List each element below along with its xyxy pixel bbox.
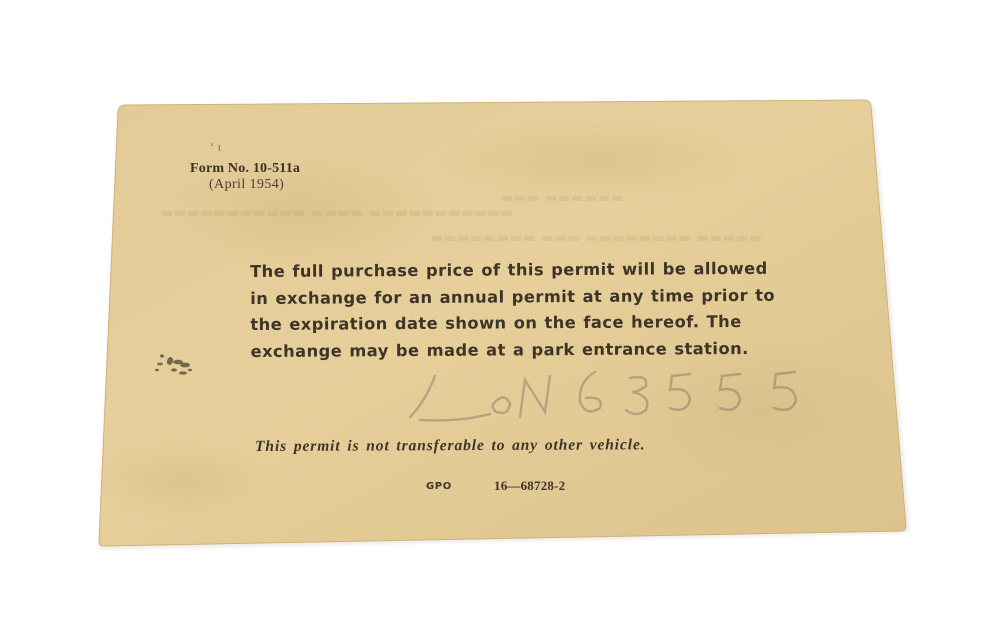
paragraph-line: The full purchase price of this permit w… [250,256,775,286]
show-through-text: ▬▬▬ ▬▬▬▬▬▬ [500,190,624,206]
pencil-handwriting-show-through [390,362,830,432]
printer-label: GPO [426,481,452,492]
form-date: (April 1954) [209,177,284,193]
show-through-text: ▬▬▬▬▬▬▬▬ ▬▬▬ ▬▬▬▬▬▬▬▬ ▬▬▬▬▬ [430,230,762,246]
pencil-tick-marks: ‘ ι [210,139,221,155]
show-through-text: ▬▬▬▬▬▬▬▬▬▬▬ ▬▬▬▬ ▬▬▬▬▬▬▬▬▬▬▬ [160,205,514,221]
non-transferable-notice: This permit is not transferable to any o… [255,436,646,456]
paragraph-line: exchange may be made at a park entrance … [250,335,775,365]
exchange-policy-paragraph: The full purchase price of this permit w… [250,256,775,365]
ink-smudge-mark [152,350,208,380]
photo-scene: ▬▬▬ ▬▬▬▬▬▬ ▬▬▬▬▬▬▬▬▬▬▬ ▬▬▬▬ ▬▬▬▬▬▬▬▬▬▬▬ … [0,0,1000,635]
print-code: 16—68728-2 [494,478,565,494]
paragraph-line: in exchange for an annual permit at any … [250,282,775,312]
paragraph-line: the expiration date shown on the face he… [250,309,775,339]
form-number: Form No. 10-511a [190,161,300,177]
permit-card: ▬▬▬ ▬▬▬▬▬▬ ▬▬▬▬▬▬▬▬▬▬▬ ▬▬▬▬ ▬▬▬▬▬▬▬▬▬▬▬ … [0,0,1000,635]
